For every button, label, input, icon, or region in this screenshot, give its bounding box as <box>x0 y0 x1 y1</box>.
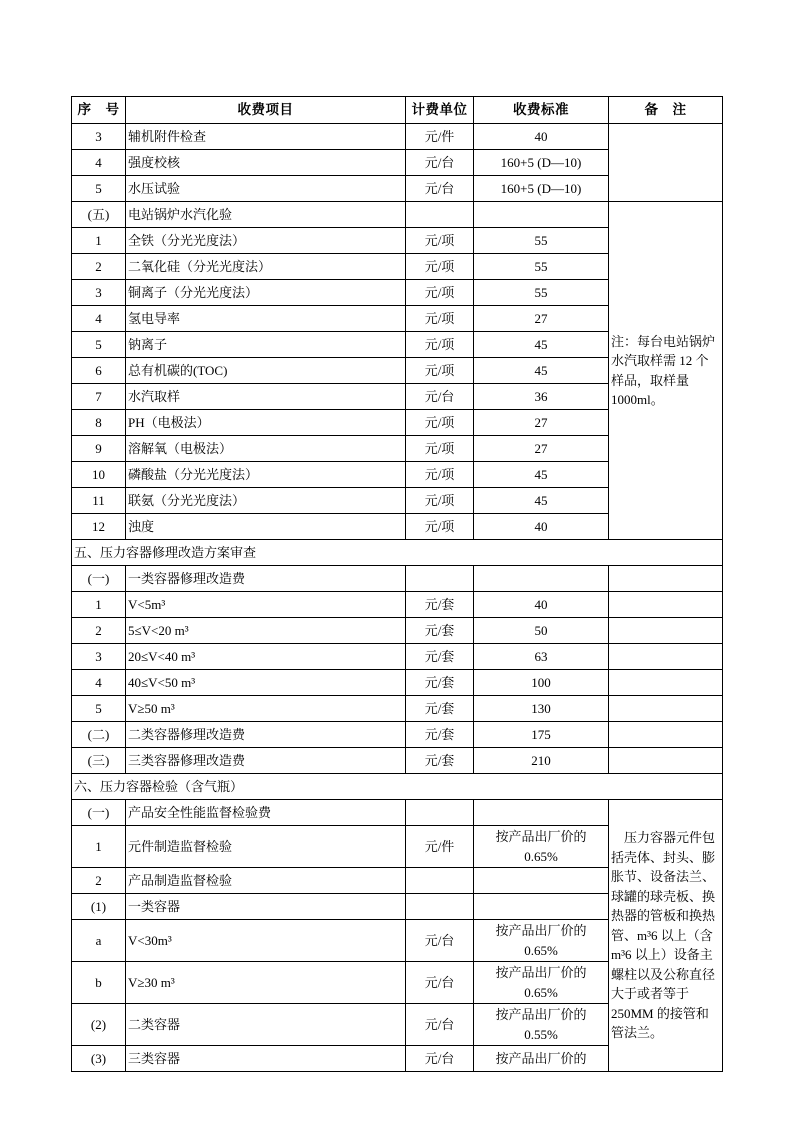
col-header-note: 备 注 <box>609 97 723 124</box>
document-page: 序 号 收费项目 计费单位 收费标准 备 注 3辅机附件检查元/件404强度校核… <box>0 0 793 1122</box>
header-row: 序 号 收费项目 计费单位 收费标准 备 注 <box>72 97 723 124</box>
cell-serial: (3) <box>72 1046 126 1072</box>
cell-unit: 元/台 <box>406 1004 474 1046</box>
table-row: 320≤V<40 m³元/套63 <box>72 644 723 670</box>
cell-note: 注：每台电站锅炉水汽取样需 12 个样品，取样量 1000ml。 <box>609 202 723 540</box>
cell-standard: 40 <box>474 514 609 540</box>
cell-serial: (二) <box>72 722 126 748</box>
cell-item: 电站锅炉水汽化验 <box>126 202 406 228</box>
table-row: (一)产品安全性能监督检验费压力容器元件包括壳体、封头、膨胀节、设备法兰、球罐的… <box>72 800 723 826</box>
cell-item: 二类容器修理改造费 <box>126 722 406 748</box>
cell-unit: 元/台 <box>406 176 474 202</box>
cell-serial: a <box>72 920 126 962</box>
cell-unit: 元/件 <box>406 124 474 150</box>
cell-standard: 55 <box>474 280 609 306</box>
cell-item: 联氨（分光光度法） <box>126 488 406 514</box>
cell-unit: 元/套 <box>406 696 474 722</box>
cell-unit: 元/项 <box>406 436 474 462</box>
cell-note <box>609 124 723 202</box>
cell-unit <box>406 202 474 228</box>
cell-serial: (一) <box>72 566 126 592</box>
cell-standard: 按产品出厂价的 0.65% <box>474 826 609 868</box>
cell-note <box>609 566 723 592</box>
cell-item: V<5m³ <box>126 592 406 618</box>
col-header-item: 收费项目 <box>126 97 406 124</box>
cell-standard: 210 <box>474 748 609 774</box>
section-row: 六、压力容器检验（含气瓶） <box>72 774 723 800</box>
cell-serial: 2 <box>72 254 126 280</box>
section-title: 五、压力容器修理改造方案审查 <box>72 540 723 566</box>
cell-standard: 63 <box>474 644 609 670</box>
cell-serial: 4 <box>72 670 126 696</box>
cell-serial: 3 <box>72 644 126 670</box>
table-row: 5V≥50 m³元/套130 <box>72 696 723 722</box>
cell-unit: 元/项 <box>406 306 474 332</box>
cell-standard: 27 <box>474 410 609 436</box>
cell-standard: 40 <box>474 124 609 150</box>
table-row: (一)一类容器修理改造费 <box>72 566 723 592</box>
section-row: 五、压力容器修理改造方案审查 <box>72 540 723 566</box>
cell-serial: 3 <box>72 124 126 150</box>
cell-standard <box>474 202 609 228</box>
cell-item: 40≤V<50 m³ <box>126 670 406 696</box>
table-row: 440≤V<50 m³元/套100 <box>72 670 723 696</box>
cell-item: 产品制造监督检验 <box>126 868 406 894</box>
cell-item: 二类容器 <box>126 1004 406 1046</box>
cell-item: 一类容器 <box>126 894 406 920</box>
cell-item: V<30m³ <box>126 920 406 962</box>
cell-standard: 27 <box>474 306 609 332</box>
cell-serial: 1 <box>72 826 126 868</box>
cell-serial: (一) <box>72 800 126 826</box>
cell-item: 溶解氧（电极法） <box>126 436 406 462</box>
cell-standard: 50 <box>474 618 609 644</box>
cell-item: 磷酸盐（分光光度法） <box>126 462 406 488</box>
cell-standard: 175 <box>474 722 609 748</box>
table-row: (五)电站锅炉水汽化验注：每台电站锅炉水汽取样需 12 个样品，取样量 1000… <box>72 202 723 228</box>
cell-unit: 元/台 <box>406 962 474 1004</box>
section-title: 六、压力容器检验（含气瓶） <box>72 774 723 800</box>
cell-item: 水压试验 <box>126 176 406 202</box>
cell-standard: 45 <box>474 358 609 384</box>
cell-item: 产品安全性能监督检验费 <box>126 800 406 826</box>
cell-standard: 160+5 (D—10) <box>474 150 609 176</box>
cell-item: 铜离子（分光光度法） <box>126 280 406 306</box>
cell-item: 总有机碳的(TOC) <box>126 358 406 384</box>
cell-serial: 1 <box>72 228 126 254</box>
cell-note <box>609 592 723 618</box>
cell-serial: 1 <box>72 592 126 618</box>
cell-serial: (2) <box>72 1004 126 1046</box>
cell-note <box>609 748 723 774</box>
cell-item: 三类容器 <box>126 1046 406 1072</box>
cell-note <box>609 696 723 722</box>
cell-standard: 27 <box>474 436 609 462</box>
cell-note: 压力容器元件包括壳体、封头、膨胀节、设备法兰、球罐的球壳板、换热器的管板和换热管… <box>609 800 723 1072</box>
cell-unit <box>406 894 474 920</box>
cell-serial: 6 <box>72 358 126 384</box>
table-row: (三)三类容器修理改造费元/套210 <box>72 748 723 774</box>
cell-unit <box>406 800 474 826</box>
cell-serial: 11 <box>72 488 126 514</box>
cell-item: 元件制造监督检验 <box>126 826 406 868</box>
cell-item: 强度校核 <box>126 150 406 176</box>
cell-unit: 元/件 <box>406 826 474 868</box>
cell-item: 20≤V<40 m³ <box>126 644 406 670</box>
table-row: 3辅机附件检查元/件40 <box>72 124 723 150</box>
fee-table-body: 3辅机附件检查元/件404强度校核元/台160+5 (D—10)5水压试验元/台… <box>72 124 723 1072</box>
cell-unit: 元/项 <box>406 462 474 488</box>
cell-item: 水汽取样 <box>126 384 406 410</box>
fee-table: 序 号 收费项目 计费单位 收费标准 备 注 3辅机附件检查元/件404强度校核… <box>71 96 723 1072</box>
cell-serial: b <box>72 962 126 1004</box>
cell-standard: 100 <box>474 670 609 696</box>
cell-unit: 元/套 <box>406 592 474 618</box>
cell-unit: 元/台 <box>406 384 474 410</box>
cell-item: 二氧化硅（分光光度法） <box>126 254 406 280</box>
cell-serial: 2 <box>72 868 126 894</box>
cell-unit: 元/套 <box>406 748 474 774</box>
cell-unit: 元/套 <box>406 670 474 696</box>
cell-note <box>609 644 723 670</box>
cell-serial: 2 <box>72 618 126 644</box>
cell-item: V≥30 m³ <box>126 962 406 1004</box>
cell-standard: 45 <box>474 332 609 358</box>
cell-serial: 3 <box>72 280 126 306</box>
cell-unit: 元/台 <box>406 150 474 176</box>
cell-note <box>609 618 723 644</box>
cell-note <box>609 722 723 748</box>
cell-item: 全铁（分光光度法） <box>126 228 406 254</box>
cell-standard <box>474 894 609 920</box>
cell-serial: (五) <box>72 202 126 228</box>
cell-note <box>609 670 723 696</box>
cell-serial: 5 <box>72 696 126 722</box>
cell-item: 氢电导率 <box>126 306 406 332</box>
cell-standard: 45 <box>474 462 609 488</box>
cell-unit: 元/项 <box>406 280 474 306</box>
cell-serial: 4 <box>72 150 126 176</box>
cell-serial: 12 <box>72 514 126 540</box>
cell-serial: 7 <box>72 384 126 410</box>
cell-standard: 45 <box>474 488 609 514</box>
cell-unit: 元/项 <box>406 228 474 254</box>
cell-standard: 36 <box>474 384 609 410</box>
cell-serial: 9 <box>72 436 126 462</box>
cell-unit: 元/项 <box>406 254 474 280</box>
cell-item: 5≤V<20 m³ <box>126 618 406 644</box>
cell-serial: 10 <box>72 462 126 488</box>
cell-serial: 8 <box>72 410 126 436</box>
cell-unit <box>406 566 474 592</box>
cell-serial: 4 <box>72 306 126 332</box>
cell-unit: 元/项 <box>406 410 474 436</box>
table-row: (二)二类容器修理改造费元/套175 <box>72 722 723 748</box>
cell-item: 钠离子 <box>126 332 406 358</box>
table-row: 25≤V<20 m³元/套50 <box>72 618 723 644</box>
cell-unit: 元/项 <box>406 488 474 514</box>
cell-item: 一类容器修理改造费 <box>126 566 406 592</box>
cell-standard: 40 <box>474 592 609 618</box>
cell-standard: 55 <box>474 228 609 254</box>
cell-standard: 按产品出厂价的 0.55% <box>474 1004 609 1046</box>
cell-item: PH（电极法） <box>126 410 406 436</box>
cell-serial: (1) <box>72 894 126 920</box>
table-row: 1V<5m³元/套40 <box>72 592 723 618</box>
cell-serial: (三) <box>72 748 126 774</box>
cell-standard: 55 <box>474 254 609 280</box>
cell-standard: 按产品出厂价的 <box>474 1046 609 1072</box>
col-header-serial: 序 号 <box>72 97 126 124</box>
cell-unit: 元/项 <box>406 358 474 384</box>
cell-unit <box>406 868 474 894</box>
cell-unit: 元/台 <box>406 1046 474 1072</box>
cell-standard: 130 <box>474 696 609 722</box>
cell-serial: 5 <box>72 176 126 202</box>
cell-serial: 5 <box>72 332 126 358</box>
cell-standard: 按产品出厂价的 0.65% <box>474 962 609 1004</box>
cell-standard <box>474 566 609 592</box>
cell-item: V≥50 m³ <box>126 696 406 722</box>
col-header-standard: 收费标准 <box>474 97 609 124</box>
cell-unit: 元/套 <box>406 644 474 670</box>
cell-standard: 按产品出厂价的 0.65% <box>474 920 609 962</box>
cell-standard <box>474 868 609 894</box>
cell-unit: 元/套 <box>406 618 474 644</box>
cell-item: 浊度 <box>126 514 406 540</box>
cell-unit: 元/项 <box>406 514 474 540</box>
cell-unit: 元/套 <box>406 722 474 748</box>
cell-standard: 160+5 (D—10) <box>474 176 609 202</box>
cell-item: 辅机附件检查 <box>126 124 406 150</box>
cell-standard <box>474 800 609 826</box>
cell-item: 三类容器修理改造费 <box>126 748 406 774</box>
col-header-unit: 计费单位 <box>406 97 474 124</box>
cell-unit: 元/项 <box>406 332 474 358</box>
cell-unit: 元/台 <box>406 920 474 962</box>
